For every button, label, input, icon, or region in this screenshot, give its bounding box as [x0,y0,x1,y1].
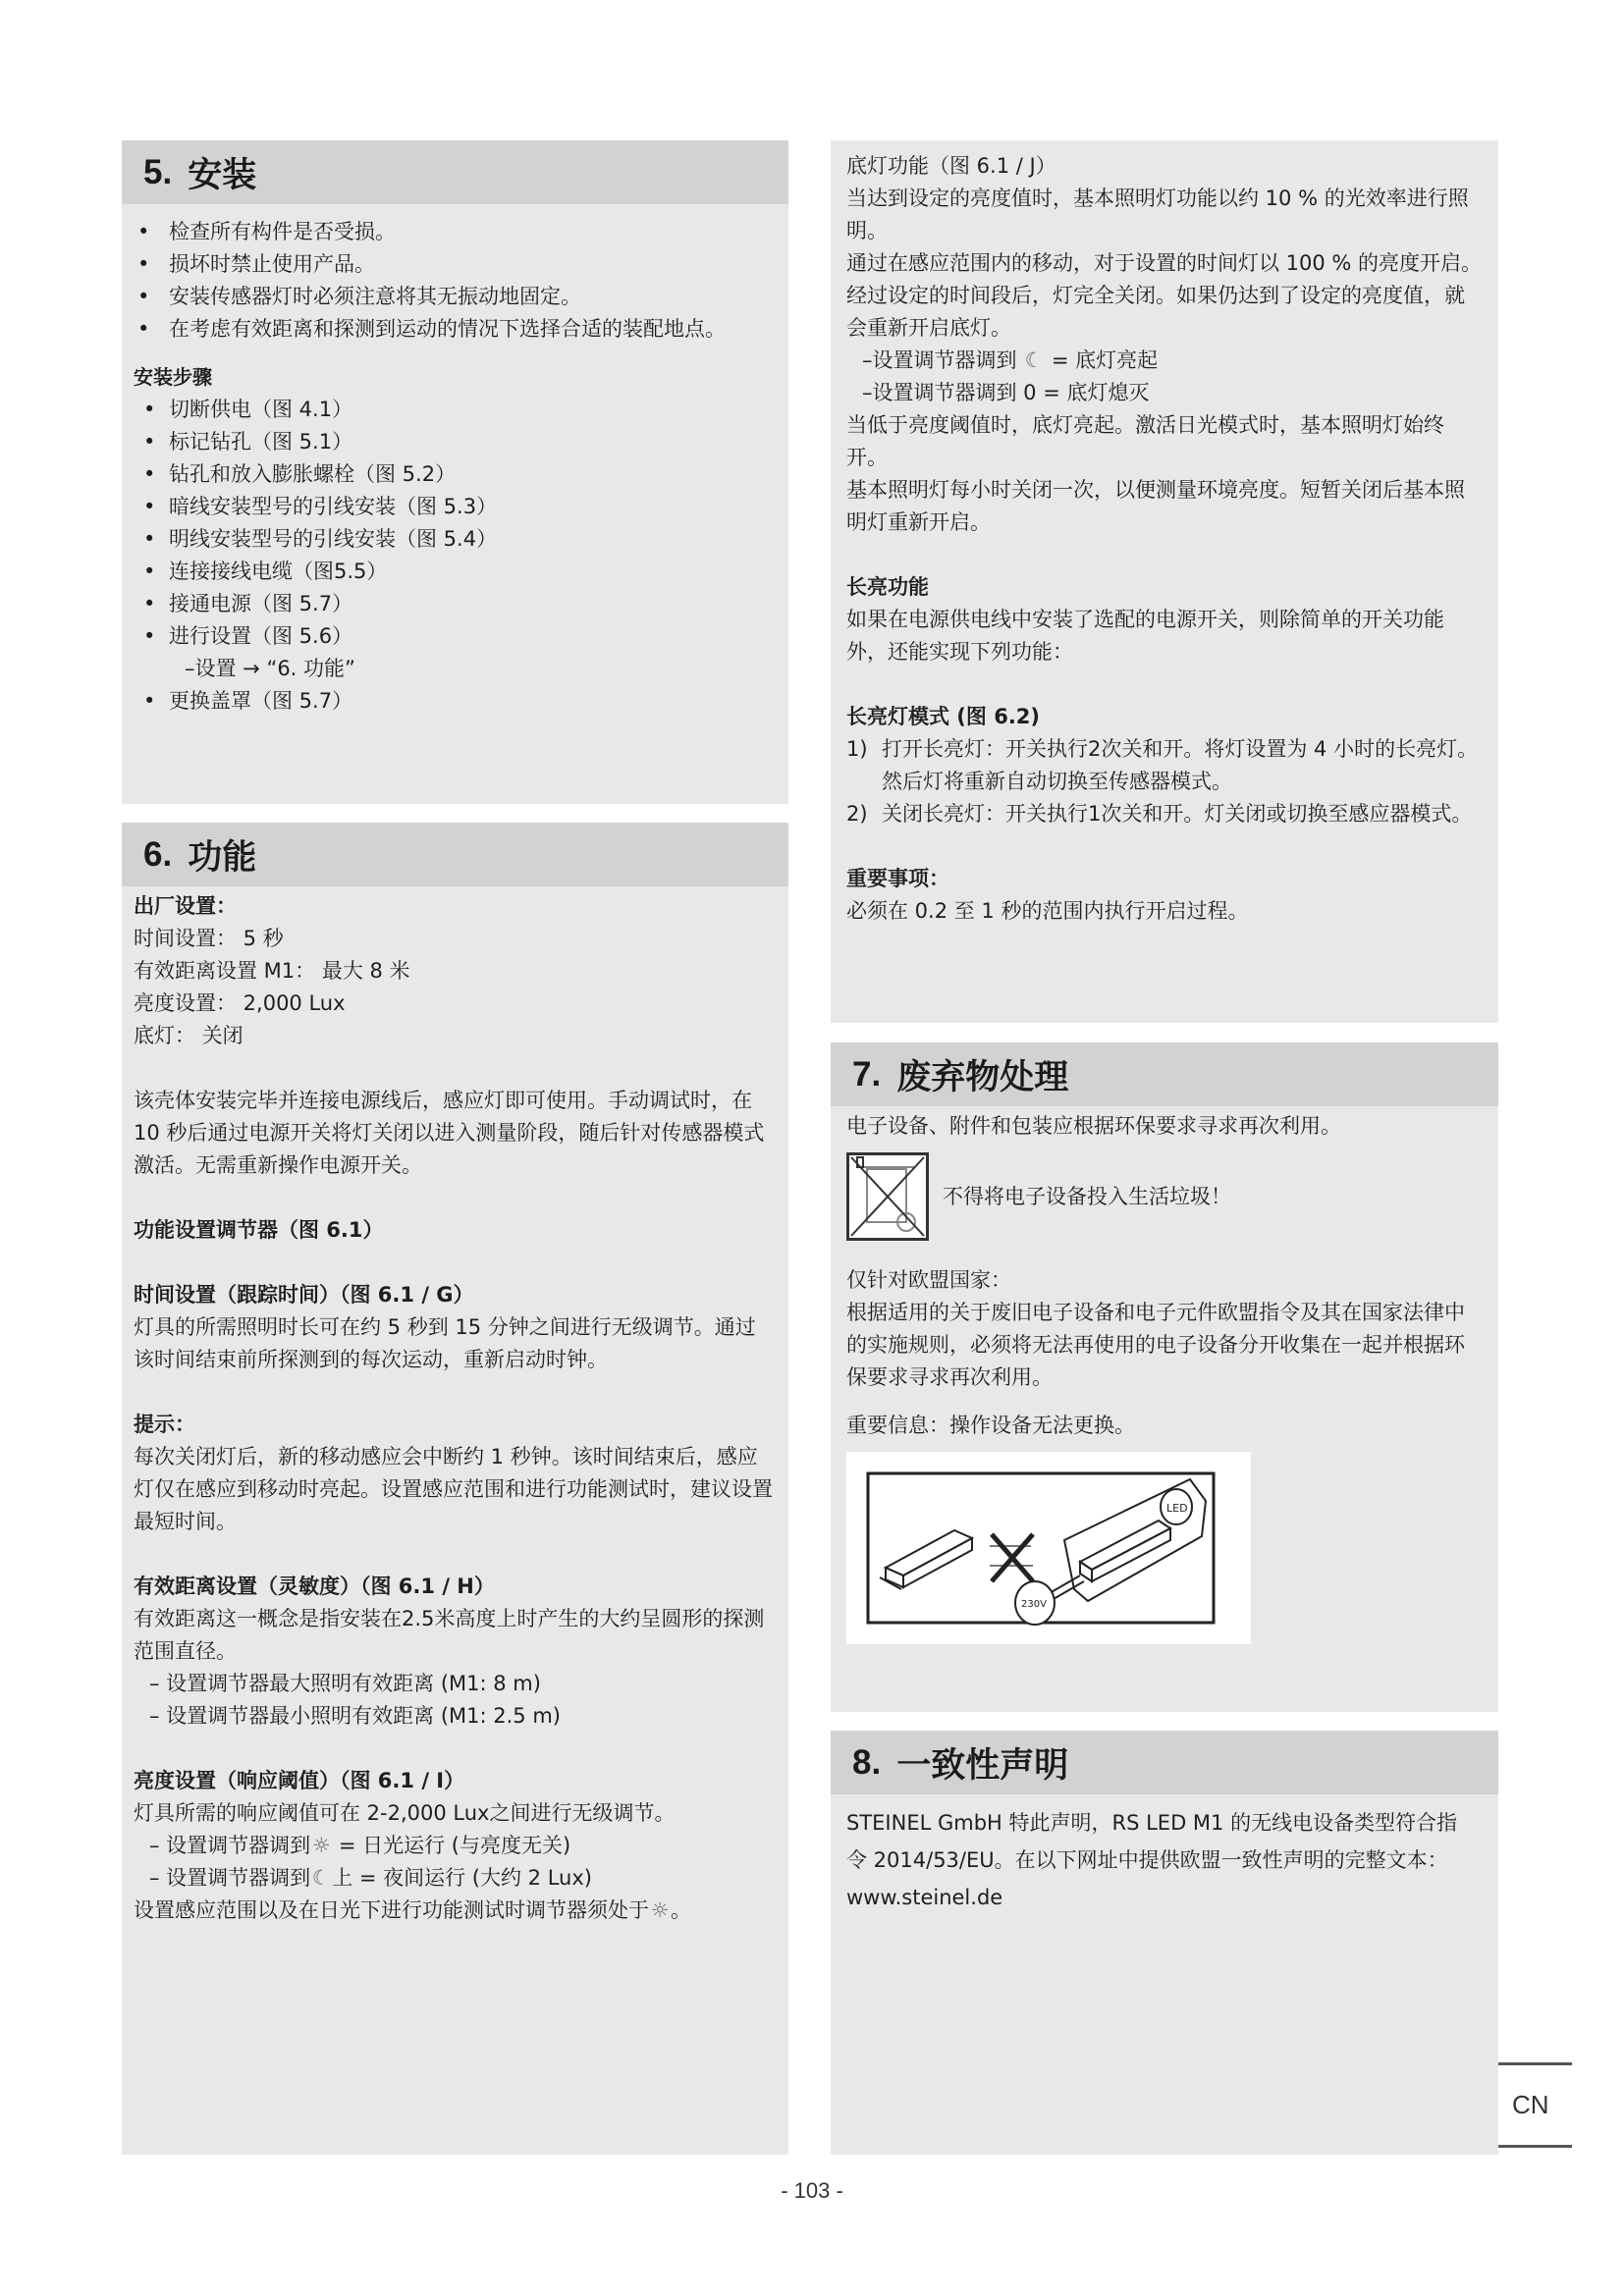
step-item: •钻孔和放入膨胀螺栓（图 5.2） [134,458,775,491]
section-8-header: 8. 一致性声明 [831,1731,1498,1794]
intro-paragraph: 该壳体安装完毕并连接电源线后，感应灯即可使用。手动调试时，在 10 秒后通过电源… [134,1085,775,1182]
step-item: •标记钻孔（图 5.1） [134,426,775,458]
factory-setting-time: 时间设置： 5 秒 [134,923,775,955]
voltage-label: 230V [1021,1599,1047,1610]
permanent-light-heading: 长亮功能 [846,571,1485,604]
time-setting-heading: 时间设置（跟踪时间）（图 6.1 / G） [134,1279,775,1311]
step-item: •接通电源（图 5.7） [134,588,775,620]
section-5-header: 5. 安装 [122,140,788,204]
list-item: •在考虑有效距离和探测到运动的情况下选择合适的装配地点。 [134,313,775,346]
section-6-header: 6. 功能 [122,823,788,886]
disposal-text: 电子设备、附件和包装应根据环保要求寻求再次利用。 [846,1110,1485,1143]
permanent-mode-item: 2)关闭长亮灯：开关执行1次关和开。灯关闭或切换至感应器模式。 [846,798,1485,830]
brightness-item-night: – 设置调节器调到☾上 = 夜间运行 (大约 2 Lux) [134,1862,775,1895]
section-8-declaration: 8. 一致性声明 STEINEL GmbH 特此声明，RS LED M1 的无线… [831,1731,1498,2155]
section-title: 安装 [188,148,256,197]
section-number: 5. [143,153,172,192]
important-text: 必须在 0.2 至 1 秒的范围内执行开启过程。 [846,895,1485,928]
base-light-text-4: 当低于亮度阈值时，底灯亮起。激活日光模式时，基本照明灯始终开。 [846,409,1485,474]
sun-icon: ☼ [310,1830,332,1862]
section-5-installation: 5. 安装 •检查所有构件是否受损。 •损坏时禁止使用产品。 •安装传感器灯时必… [122,140,788,804]
factory-setting-baselight: 底灯： 关闭 [134,1020,775,1052]
section-number: 6. [143,835,172,875]
step-item: •进行设置（图 5.6） [134,620,775,653]
section-7-header: 7. 废弃物处理 [831,1042,1498,1106]
section-title: 废弃物处理 [896,1050,1068,1099]
declaration-text: STEINEL GmbH 特此声明，RS LED M1 的无线电设备类型符合指令… [846,1804,1473,1916]
base-light-text-1: 当达到设定的亮度值时，基本照明灯功能以约 10 % 的光效率进行照明。 [846,183,1485,247]
base-light-heading: 底灯功能（图 6.1 / J） [846,150,1485,183]
section-7-disposal: 7. 废弃物处理 电子设备、附件和包装应根据环保要求寻求再次利用。 不得将电子设… [831,1042,1498,1712]
base-light-text-3: 经过设定的时间段后，灯完全关闭。如果仍达到了设定的亮度值，就会重新开启底灯。 [846,280,1485,345]
brightness-setting-heading: 亮度设置（响应阈值）（图 6.1 / I） [134,1765,775,1797]
base-light-text-2: 通过在感应范围内的移动，对于设置的时间灯以 100 % 的亮度开启。 [846,247,1485,280]
brightness-setting-text: 灯具所需的响应阈值可在 2-2,000 Lux之间进行无级调节。 [134,1797,775,1830]
brightness-note: 设置感应范围以及在日光下进行功能测试时调节器须处于☼。 [134,1895,775,1927]
hint-text: 每次关闭灯后，新的移动感应会中断约 1 秒钟。该时间结束后，感应灯仅在感应到移动… [134,1441,775,1538]
driver-not-replaceable-diagram: LED 230V [846,1452,1251,1644]
section-title: 一致性声明 [896,1738,1068,1788]
section-number: 7. [852,1055,881,1095]
base-light-item-on: –设置调节器调到 ☾ = 底灯亮起 [846,345,1485,377]
range-setting-text: 有效距离这一概念是指安装在2.5米高度上时产生的大约呈圆形的探测范围直径。 [134,1603,775,1668]
section-6-continued: 底灯功能（图 6.1 / J） 当达到设定的亮度值时，基本照明灯功能以约 10 … [831,140,1498,1023]
brightness-item-daylight: – 设置调节器调到☼ = 日光运行 (与亮度无关) [134,1830,775,1862]
step-item: •明线安装型号的引线安装（图 5.4） [134,523,775,556]
language-tab: CN [1498,2062,1572,2148]
steps-heading: 安装步骤 [134,361,775,394]
moon-icon: ☾ [310,1862,332,1895]
step-item: •更换盖罩（图 5.7） [134,685,775,718]
eu-text: 根据适用的关于废旧电子设备和电子元件欧盟指令及其在国家法律中的实施规则，必须将无… [846,1297,1485,1394]
step-item: •切断供电（图 4.1） [134,394,775,426]
list-item: •安装传感器灯时必须注意将其无振动地固定。 [134,281,775,313]
weee-text: 不得将电子设备投入生活垃圾！ [943,1181,1231,1213]
weee-crossed-bin-icon [846,1152,929,1241]
permanent-mode-heading: 长亮灯模式 (图 6.2) [846,701,1485,733]
regulator-heading: 功能设置调节器（图 6.1） [134,1214,775,1247]
section-6-function: 6. 功能 出厂设置： 时间设置： 5 秒 有效距离设置 M1： 最大 8 米 … [122,823,788,2155]
permanent-light-text: 如果在电源供电线中安装了选配的电源开关，则除简单的开关功能外，还能实现下列功能： [846,604,1485,668]
page-number: - 103 - [0,2178,1624,2204]
permanent-mode-item: 1)打开长亮灯：开关执行2次关和开。将灯设置为 4 小时的长亮灯。然后灯将重新自… [846,733,1485,798]
base-light-text-5: 基本照明灯每小时关闭一次，以便测量环境亮度。短暂关闭后基本照明灯重新开启。 [846,474,1485,539]
base-light-item-off: –设置调节器调到 0 = 底灯熄灭 [846,377,1485,409]
factory-settings-heading: 出厂设置： [134,890,775,923]
led-label: LED [1166,1502,1188,1515]
step-item: •暗线安装型号的引线安装（图 5.3） [134,491,775,523]
important-info: 重要信息：操作设备无法更换。 [846,1410,1485,1442]
range-item-max: – 设置调节器最大照明有效距离 (M1: 8 m) [134,1668,775,1700]
list-item: •损坏时禁止使用产品。 [134,248,775,281]
eu-heading: 仅针对欧盟国家： [846,1264,1485,1297]
important-heading: 重要事项： [846,863,1485,895]
step-item: •连接接线电缆（图5.5） [134,556,775,588]
list-item: •检查所有构件是否受损。 [134,216,775,248]
hint-heading: 提示： [134,1409,775,1441]
factory-setting-brightness: 亮度设置： 2,000 Lux [134,988,775,1020]
moon-icon: ☾ [1023,345,1045,377]
step-sub-item: –设置 → “6. 功能” [134,653,775,685]
section-title: 功能 [188,830,256,880]
time-setting-text: 灯具的所需照明时长可在约 5 秒到 15 分钟之间进行无级调节。通过该时间结束前… [134,1311,775,1376]
factory-setting-range: 有效距离设置 M1： 最大 8 米 [134,955,775,988]
section-number: 8. [852,1743,881,1783]
range-item-min: – 设置调节器最小照明有效距离 (M1: 2.5 m) [134,1700,775,1733]
sun-icon: ☼ [649,1895,671,1927]
range-setting-heading: 有效距离设置（灵敏度）（图 6.1 / H） [134,1571,775,1603]
